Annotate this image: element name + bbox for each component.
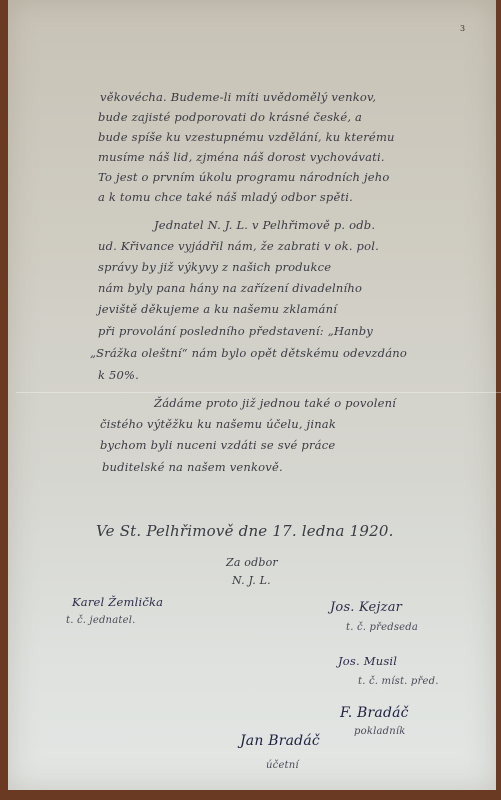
body-line: Jednatel N. J. L. v Pelhřimově p. odb. bbox=[154, 218, 375, 232]
signature-role: t. č. předseda bbox=[346, 622, 418, 633]
signature-name: Jos. Kejzar bbox=[330, 600, 402, 615]
body-line: nám byly pana hány na zařízení divadelní… bbox=[98, 281, 362, 295]
body-line: bude spíše ku vzestupnému vzdělání, ku k… bbox=[98, 130, 395, 144]
body-line: k 50%. bbox=[98, 368, 139, 382]
committee-line-2: N. J. L. bbox=[232, 574, 271, 587]
document-page: 3 věkovécha. Budeme-li míti uvědomělý ve… bbox=[8, 0, 496, 790]
body-line: ud. Křivance vyjádřil nám, že zabrati v … bbox=[98, 239, 379, 253]
body-line: To jest o prvním úkolu programu národníc… bbox=[98, 170, 390, 184]
signature-role: t. č. míst. před. bbox=[358, 676, 439, 687]
dateline: Ve St. Pelhřimově dne 17. ledna 1920. bbox=[96, 522, 394, 540]
body-line: buditelské na našem venkově. bbox=[102, 460, 283, 474]
body-line: bude zajisté podporovati do krásné české… bbox=[98, 110, 362, 124]
signature-role: účetní bbox=[266, 760, 299, 771]
body-line: čistého výtěžku ku našemu účelu, jinak bbox=[100, 417, 336, 431]
paper-fold bbox=[16, 392, 501, 393]
body-line: musíme náš lid, zjména náš dorost vychov… bbox=[98, 150, 385, 164]
signature-name: Jos. Musil bbox=[338, 654, 397, 668]
body-line: a k tomu chce také náš mladý odbor spěti… bbox=[98, 190, 353, 204]
body-line: bychom byli nuceni vzdáti se své práce bbox=[100, 438, 335, 452]
body-line: správy by již výkyvy z našich produkce bbox=[98, 260, 331, 274]
body-line: věkovécha. Budeme-li míti uvědomělý venk… bbox=[100, 90, 376, 104]
signature-role: t. č. jednatel. bbox=[66, 615, 135, 626]
page-number-mark: 3 bbox=[460, 24, 465, 33]
body-line: jeviště děkujeme a ku našemu zklamání bbox=[98, 302, 337, 316]
body-line: „Srážka oleštní“ nám bylo opět dětskému … bbox=[90, 346, 407, 360]
body-line: při provolání posledního představení: „H… bbox=[98, 324, 373, 338]
signature-role: pokladník bbox=[354, 726, 406, 737]
body-line: Žádáme proto již jednou také o povolení bbox=[154, 396, 396, 410]
signature-name: F. Bradáč bbox=[340, 705, 409, 721]
signature-name: Karel Žemlička bbox=[72, 595, 163, 609]
committee-line-1: Za odbor bbox=[226, 556, 278, 569]
signature-name: Jan Bradáč bbox=[240, 733, 320, 749]
